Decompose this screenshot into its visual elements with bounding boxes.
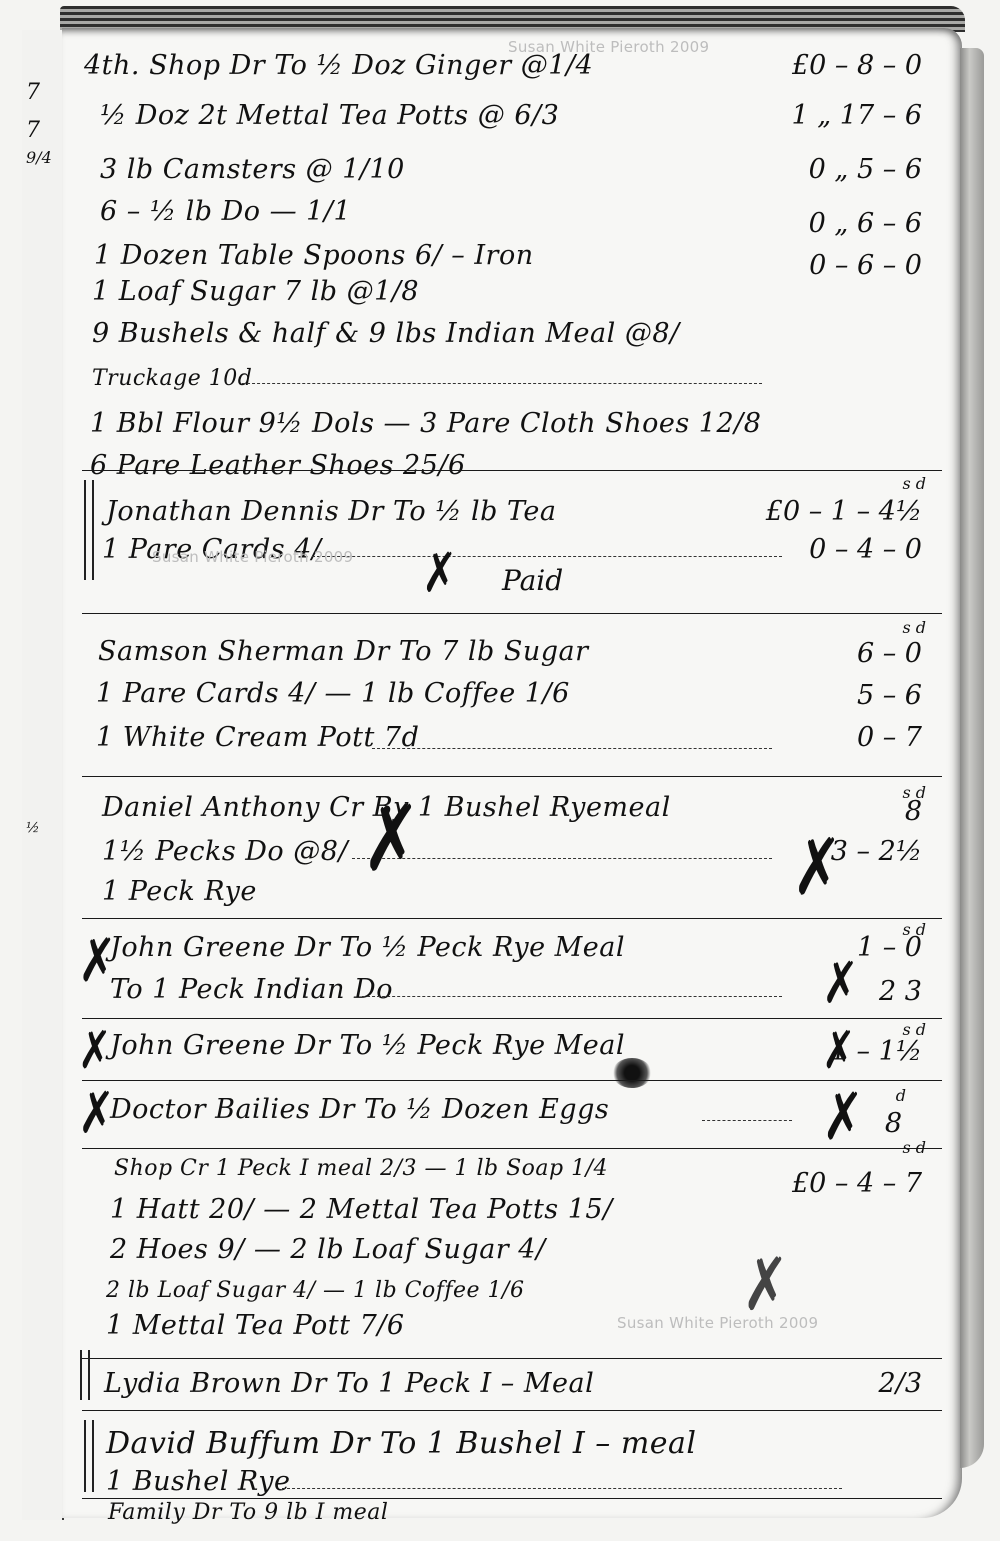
entry-amount: 1 „ 17 – 6 — [791, 100, 922, 131]
entry-line: David Buffum Dr To 1 Bushel I – meal — [106, 1426, 697, 1461]
previous-page-edge: 7 7 9/4 ½ — [22, 30, 64, 1520]
entry-line: Lydia Brown Dr To 1 Peck I – Meal — [104, 1368, 594, 1399]
entry-divider — [82, 1148, 942, 1149]
unit-header: s d — [902, 1138, 926, 1157]
entry-amount: 1 – 0 — [857, 932, 922, 963]
watermark: Susan White Pieroth 2009 — [508, 38, 709, 56]
entry-line: 1 Mettal Tea Pott 7/6 — [106, 1310, 405, 1341]
entry-amount: 0 „ 6 – 6 — [809, 208, 922, 239]
entry-divider — [82, 1358, 942, 1359]
entry-line: 9 Bushels & half & 9 lbs Indian Meal @8/ — [92, 318, 680, 349]
leader-line — [242, 383, 762, 384]
prev-page-mark: 7 — [26, 80, 40, 105]
entry-line: Jonathan Dennis Dr To ½ lb Tea — [106, 496, 556, 527]
leader-line — [312, 556, 782, 557]
watermark: Susan White Pieroth 2009 — [617, 1314, 818, 1332]
entry-divider — [82, 1018, 942, 1019]
entry-amount: 3 – 2½ — [831, 836, 922, 867]
entry-line: John Greene Dr To ½ Peck Rye Meal — [110, 932, 625, 963]
entry-divider — [82, 470, 942, 471]
entry-amount: 2/3 — [879, 1368, 922, 1399]
entry-line: ½ Doz 2t Mettal Tea Potts @ 6/3 — [100, 100, 559, 131]
leader-line — [372, 748, 772, 749]
prev-page-mark: 9/4 — [26, 148, 52, 167]
entry-bracket — [80, 1350, 90, 1400]
entry-line: 1 Bbl Flour 9½ Dols — 3 Pare Cloth Shoes… — [90, 408, 761, 439]
prev-page-mark: 7 — [26, 118, 40, 143]
entry-amount: £0 – 8 – 0 — [792, 50, 922, 81]
unit-header: s d — [902, 618, 926, 637]
entry-amount: 8 — [885, 1108, 902, 1139]
entry-line: 1 Bushel Rye — [106, 1466, 291, 1497]
paid-note: Paid — [502, 564, 563, 597]
entry-divider — [82, 1498, 942, 1499]
entry-line: Doctor Bailies Dr To ½ Dozen Eggs — [110, 1094, 609, 1125]
entry-amount: 1 – 1½ — [831, 1036, 922, 1067]
entry-amount: £0 – 4 – 7 — [792, 1168, 922, 1199]
entry-bracket — [84, 480, 94, 580]
entry-line: 1½ Pecks Do @8/ — [102, 836, 348, 867]
entry-divider — [82, 918, 942, 919]
entry-line: 2 Hoes 9/ — 2 lb Loaf Sugar 4/ — [110, 1234, 546, 1265]
entry-line: 6 – ½ lb Do — 1/1 — [100, 196, 351, 227]
entry-amount: 5 – 6 — [857, 680, 922, 711]
entry-line: To 1 Peck Indian Do — [110, 974, 393, 1005]
ink-blot — [612, 1058, 652, 1088]
entry-divider — [82, 776, 942, 777]
entry-line: 1 Dozen Table Spoons 6/ – Iron — [94, 240, 534, 271]
cross-mark-icon: ✗ — [422, 541, 457, 605]
entry-line: 2 lb Loaf Sugar 4/ — 1 lb Coffee 1/6 — [106, 1278, 524, 1303]
entry-line: 3 lb Camsters @ 1/10 — [100, 154, 405, 185]
watermark: Susan White Pieroth 2009 — [152, 548, 353, 566]
leader-line — [362, 996, 782, 997]
cross-mark-icon: ✗ — [78, 1021, 112, 1081]
entry-amount: 0 „ 5 – 6 — [809, 154, 922, 185]
entry-line: 1 Loaf Sugar 7 lb @1/8 — [92, 276, 419, 307]
unit-header: s d — [902, 474, 926, 493]
entry-divider — [82, 1410, 942, 1411]
entry-amount: 2 3 — [879, 976, 922, 1007]
entry-line: 6 Pare Leather Shoes 25/6 — [90, 450, 466, 481]
entry-amount: 0 – 6 – 0 — [809, 250, 922, 281]
entry-divider — [82, 613, 942, 614]
entry-line: Truckage 10d — [92, 366, 252, 391]
entry-line: John Greene Dr To ½ Peck Rye Meal — [110, 1030, 625, 1061]
entry-bracket — [84, 1420, 94, 1492]
cross-mark-icon: ✗ — [822, 950, 859, 1016]
cross-mark-icon: ✗ — [792, 823, 842, 914]
entry-amount: 0 – 7 — [857, 722, 922, 753]
entry-line: Shop Cr 1 Peck I meal 2/3 — 1 lb Soap 1/… — [114, 1156, 608, 1181]
entry-amount: 6 – 0 — [857, 638, 922, 669]
page-edge-shadow — [960, 48, 984, 1468]
unit-header: d — [896, 1086, 906, 1105]
ledger-page: 4th. Shop Dr To ½ Doz Ginger @1/4 £0 – 8… — [62, 28, 962, 1518]
leader-line — [282, 1488, 842, 1489]
cross-mark-icon: ✗ — [362, 786, 421, 893]
leader-line — [702, 1120, 792, 1121]
entry-amount: 8 — [905, 796, 922, 827]
entry-line: Samson Sherman Dr To 7 lb Sugar — [98, 636, 589, 667]
entry-line: 1 White Cream Pott 7d — [96, 722, 419, 753]
entry-line: 1 Hatt 20/ — 2 Mettal Tea Potts 15/ — [110, 1194, 613, 1225]
prev-page-mark: ½ — [26, 820, 40, 836]
entry-line: Family Dr To 9 lb I meal — [108, 1500, 388, 1525]
entry-divider — [82, 1080, 942, 1081]
entry-amount: 0 – 4 – 0 — [809, 534, 922, 565]
cross-mark-icon: ✗ — [822, 1079, 864, 1154]
entry-line: 1 Peck Rye — [102, 876, 257, 907]
entry-amount: £0 – 1 – 4½ — [766, 496, 922, 527]
entry-line: 1 Pare Cards 4/ — 1 lb Coffee 1/6 — [96, 678, 570, 709]
